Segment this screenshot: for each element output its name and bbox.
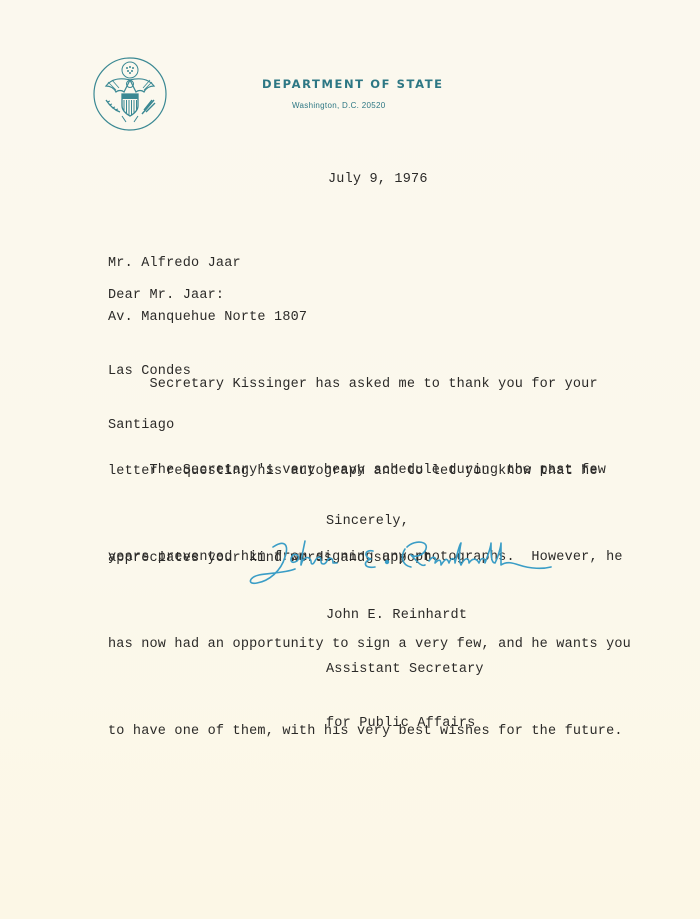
paragraph-line: The Secretary's very heavy schedule duri… — [108, 456, 631, 485]
signer-title: Assistant Secretary — [326, 661, 484, 679]
signer-office: for Public Affairs — [326, 715, 484, 733]
letterhead-address: Washington, D.C. 20520 — [292, 101, 385, 110]
recipient-name: Mr. Alfredo Jaar — [108, 255, 307, 273]
salutation: Dear Mr. Jaar: — [108, 287, 224, 305]
paragraph-line: Secretary Kissinger has asked me to than… — [108, 370, 598, 399]
signer-block: John E. Reinhardt Assistant Secretary fo… — [326, 571, 484, 769]
letter-date: July 9, 1976 — [328, 171, 428, 189]
closing: Sincerely, — [326, 513, 409, 531]
signer-name: John E. Reinhardt — [326, 607, 484, 625]
letterhead-title: DEPARTMENT OF STATE — [262, 77, 444, 91]
great-seal-icon — [92, 56, 168, 132]
letter-page: DEPARTMENT OF STATE Washington, D.C. 205… — [0, 0, 700, 919]
